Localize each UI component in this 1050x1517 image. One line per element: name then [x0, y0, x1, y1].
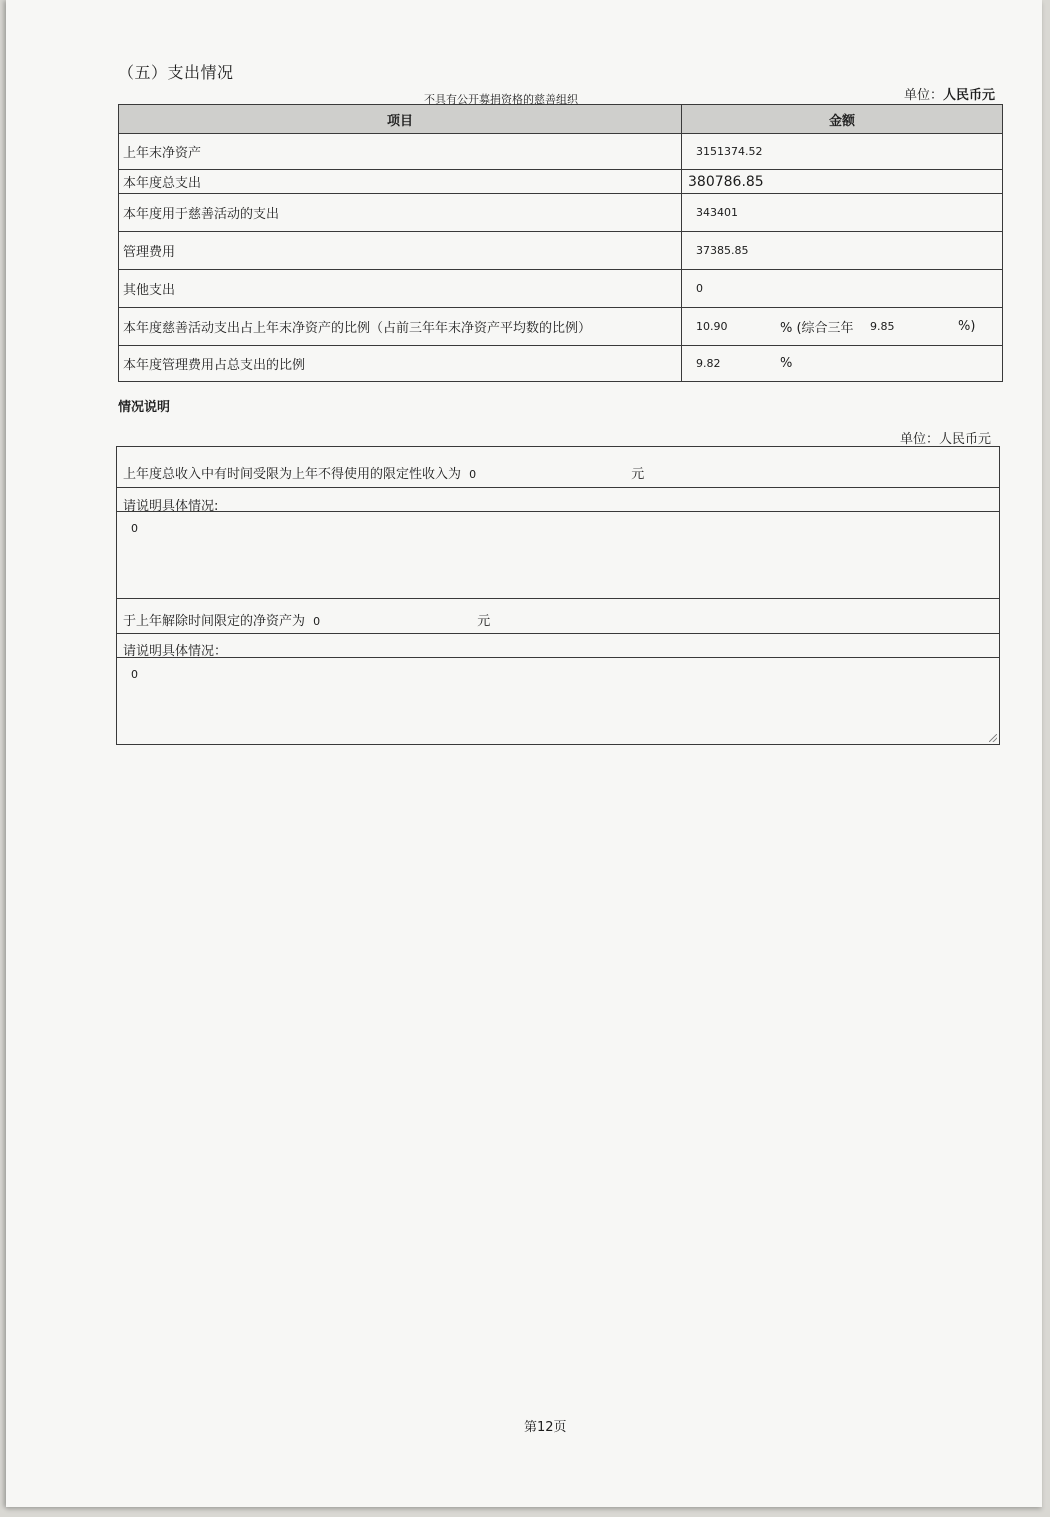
released-assets-unit: 元 [477, 614, 490, 629]
row-label: 本年度用于慈善活动的支出 [119, 194, 682, 232]
header-item: 项目 [119, 105, 682, 134]
table-row: 本年度总支出 380786.85 [119, 170, 1003, 194]
table-header-row: 项目 金额 [119, 105, 1003, 134]
header-amount: 金额 [682, 105, 1003, 134]
mgmt-ratio-value: 9.82 [696, 357, 780, 370]
row-label: 本年度总支出 [119, 170, 682, 194]
divider [117, 598, 999, 599]
section-title: （五）支出情况 [118, 60, 234, 83]
expense-table: 项目 金额 上年末净资产 3151374.52 本年度总支出 380786.85… [118, 104, 1003, 382]
divider [117, 657, 999, 658]
resize-grip-icon [989, 734, 997, 742]
row-label: 其他支出 [119, 270, 682, 308]
row-value: 10.90 % (综合三年 9.85 %) [682, 308, 1003, 346]
notes-heading: 情况说明 [118, 396, 170, 415]
three-year-ratio-value: 9.85 [870, 320, 958, 333]
row-value: 9.82 % [682, 346, 1003, 382]
divider [117, 511, 999, 512]
charity-ratio-end-text: %) [958, 319, 975, 334]
row-label: 上年末净资产 [119, 134, 682, 170]
notes-box: 上年度总收入中有时间受限为上年不得使用的限定性收入为 0 元 请说明具体情况: … [116, 446, 1000, 745]
table-row: 其他支出 0 [119, 270, 1003, 308]
row-label: 本年度管理费用占总支出的比例 [119, 346, 682, 382]
restricted-income-line: 上年度总收入中有时间受限为上年不得使用的限定性收入为 0 元 [123, 463, 644, 482]
restricted-income-value: 0 [469, 468, 627, 481]
row-value: 3151374.52 [682, 134, 1003, 170]
row-value: 380786.85 [682, 170, 1003, 194]
table-row: 本年度用于慈善活动的支出 343401 [119, 194, 1003, 232]
divider [117, 633, 999, 634]
explain-value-2: 0 [131, 668, 138, 681]
page-number: 第12页 [524, 1416, 567, 1435]
unit-label: 单位：人民币元 [904, 84, 995, 103]
unit-value: 人民币元 [943, 88, 995, 103]
row-value: 0 [682, 270, 1003, 308]
released-assets-line: 于上年解除时间限定的净资产为 0 元 [123, 610, 490, 629]
restricted-income-label: 上年度总收入中有时间受限为上年不得使用的限定性收入为 [123, 467, 461, 482]
row-label: 管理费用 [119, 232, 682, 270]
explain-value-1: 0 [131, 522, 138, 535]
mgmt-ratio-unit: % [780, 356, 870, 371]
table-row-mgmt-ratio: 本年度管理费用占总支出的比例 9.82 % [119, 346, 1003, 382]
document-page: （五）支出情况 不具有公开募捐资格的慈善组织 单位：人民币元 项目 金额 上年末… [6, 0, 1042, 1507]
restricted-income-unit: 元 [631, 467, 644, 482]
row-value: 343401 [682, 194, 1003, 232]
table-row-charity-ratio: 本年度慈善活动支出占上年末净资产的比例（占前三年年末净资产平均数的比例） 10.… [119, 308, 1003, 346]
notes-unit-label: 单位：人民币元 [900, 428, 991, 447]
table-row: 管理费用 37385.85 [119, 232, 1003, 270]
row-value: 37385.85 [682, 232, 1003, 270]
charity-ratio-value: 10.90 [696, 320, 780, 333]
table-row: 上年末净资产 3151374.52 [119, 134, 1003, 170]
charity-ratio-mid-text: % (综合三年 [780, 317, 870, 336]
row-label: 本年度慈善活动支出占上年末净资产的比例（占前三年年末净资产平均数的比例） [119, 308, 682, 346]
unit-prefix: 单位： [904, 88, 943, 103]
released-assets-value: 0 [313, 615, 473, 628]
released-assets-label: 于上年解除时间限定的净资产为 [123, 614, 305, 629]
divider [117, 487, 999, 488]
